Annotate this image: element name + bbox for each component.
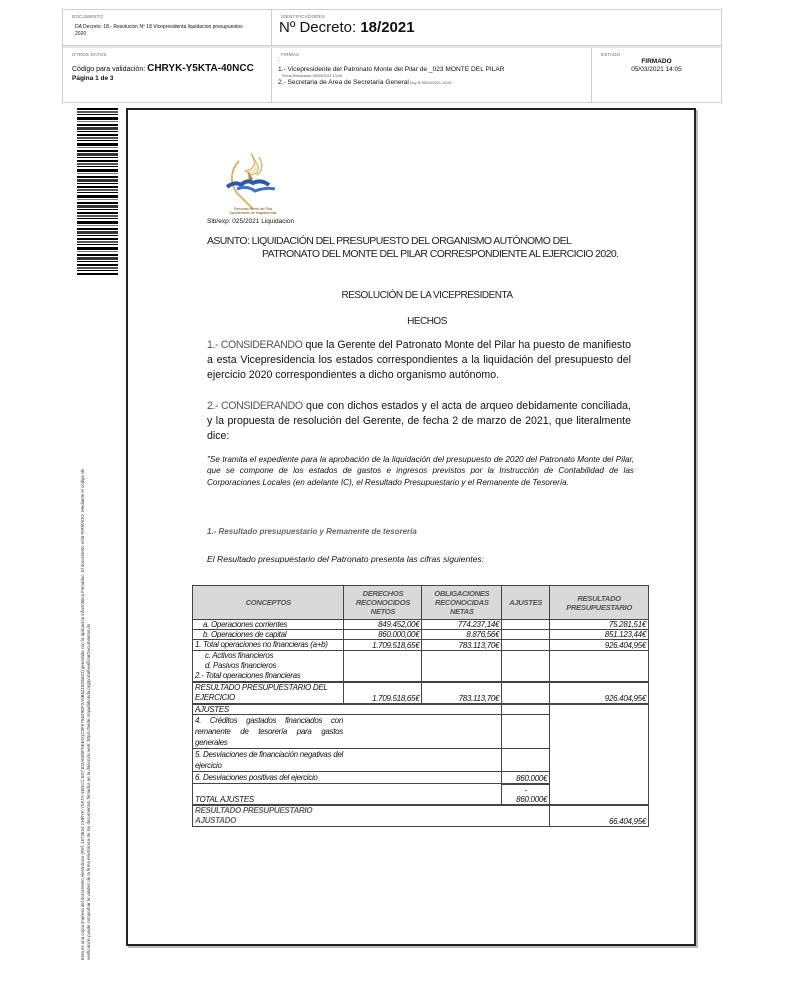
status-badge: FIRMADO [592, 58, 721, 65]
hechos-title: HECHOS [207, 316, 647, 327]
row-total1-concepto: 1. Total operaciones no financieras (a+b… [193, 640, 344, 651]
firma-1: 1.- Vicepresidente del Patronato Monte d… [278, 66, 505, 73]
firmas-label: FIRMAS [281, 52, 299, 57]
table-row: AJUSTES [193, 704, 649, 715]
paragraph-1: 1.- CONSIDERANDO que la Gerente del Patr… [207, 338, 631, 383]
row-resultado-ajustado-concepto: RESULTADO PRESUPUESTARIO AJUSTADO [195, 806, 335, 826]
page-indicator: Página 1 de 3 [72, 75, 114, 82]
table-header-row: CONCEPTOS DERECHOS RECONOCIDOS NETOS OBL… [193, 586, 649, 620]
p2-lead: 2.- CONSIDERANDO [207, 400, 303, 412]
paragraph-2: 2.- CONSIDERANDO que con dichos estados … [207, 399, 631, 444]
resultado-presupuestario-table: CONCEPTOS DERECHOS RECONOCIDOS NETOS OBL… [192, 585, 649, 827]
margin-verification-text: Esta es una copia impresa del documento … [80, 260, 91, 960]
row-4-concepto: 4. Créditos gastados financiados con rem… [195, 715, 343, 748]
row-6-concepto-cell: 6. Desviaciones positivas del ejercicio [193, 772, 502, 784]
codigo-prefix: Código para validación: [72, 66, 147, 73]
row-5-concepto: 5. Desviaciones de financiación negativa… [195, 749, 343, 771]
table-row: a. Operaciones corrientes 849.452,00€ 77… [193, 620, 649, 630]
row-d-concepto: d. Pasivos financieros [195, 661, 341, 671]
row-total1-derechos: 1.709.518,65€ [344, 640, 422, 651]
row-a-concepto: a. Operaciones corrientes [193, 620, 344, 630]
financieras-derechos [344, 651, 422, 683]
decreto-number: Nº Decreto: 18/2021 [279, 19, 415, 36]
asunto-line-2: PATRONATO DEL MONTE DEL PILAR CORRESPOND… [207, 248, 647, 261]
firma-2: 2.- Secretaria de Area de Secretaría Gen… [278, 79, 452, 86]
asunto-line-1: ASUNTO: LIQUIDACIÓN DEL PRESUPUESTO DEL … [207, 235, 571, 247]
row-5-concepto-cell: 5. Desviaciones de financiación negativa… [193, 749, 502, 772]
table-row: c. Activos financieros d. Pasivos financ… [193, 651, 649, 683]
row-4-concepto-cell: 4. Créditos gastados financiados con rem… [193, 715, 502, 749]
row-5-ajustes [502, 749, 550, 772]
firmas-cell: FIRMAS : 1.- Vicepresidente del Patronat… [272, 48, 592, 102]
total-ajustes-sign: - [504, 786, 547, 795]
decreto-value: 18/2021 [360, 19, 414, 36]
documento-cell: DOCUMENTO DA Decreto: 18.- Resolucion Nº… [63, 10, 272, 46]
documento-label: DOCUMENTO [72, 14, 103, 19]
documento-description: DA Decreto: 18.- Resolucion Nº 18 Vicepr… [75, 24, 255, 38]
header-obligaciones: OBLIGACIONES RECONOCIDAS NETAS [422, 586, 502, 620]
row-a-obligaciones: 774.237,14€ [422, 620, 502, 630]
otros-datos-label: OTROS DATOS [72, 52, 107, 57]
row-resultado-ajustado-concepto-cell: RESULTADO PRESUPUESTARIO AJUSTADO [193, 805, 550, 827]
ajustes-title-ajustes [502, 704, 550, 715]
quoted-proposal: "Se tramita el expediente para la aproba… [207, 454, 634, 488]
row-total-ajustes-value: -860.000€ [502, 784, 550, 806]
ajustes-resultado-block [550, 704, 649, 805]
row-4-ajustes [502, 715, 550, 749]
row-resultado-ejercicio-resultado: 926.404,95€ [550, 682, 649, 704]
resolucion-title: RESOLUCIÓN DE LA VICEPRESIDENTA [207, 290, 647, 301]
row-total1-ajustes [502, 640, 550, 651]
row-resultado-ajustado-resultado: 66.404,95€ [550, 805, 649, 827]
rows-financieras-concepto: c. Activos financieros d. Pasivos financ… [193, 651, 344, 683]
table-row: RESULTADO PRESUPUESTARIO DEL EJERCICIO 1… [193, 682, 649, 704]
estado-label: ESTADO [601, 52, 620, 57]
row-resultado-ejercicio-derechos: 1.709.518,65€ [344, 682, 422, 704]
row-resultado-ejercicio-obligaciones: 783.113,70€ [422, 682, 502, 704]
header-ajustes: AJUSTES [502, 586, 550, 620]
financieras-resultado [550, 651, 649, 683]
firma-1-date: Firma Resolución 05/03/2021 13:40 [282, 74, 342, 78]
row-b-resultado: 851.123,44€ [550, 630, 649, 640]
margin-line-2: verificación puede comprobar la validez … [86, 260, 92, 960]
header-resultado: RESULTADO PRESUPUESTARIO [550, 586, 649, 620]
asunto: ASUNTO: LIQUIDACIÓN DEL PRESUPUESTO DEL … [207, 235, 647, 261]
table-row: 1. Total operaciones no financieras (a+b… [193, 640, 649, 651]
header-conceptos: CONCEPTOS [193, 586, 344, 620]
row-6-concepto: 6. Desviaciones positivas del ejercicio [195, 772, 343, 783]
firmas-colon: : [278, 57, 280, 63]
validation-code: Código para validación: CHRYK-Y5KTA-40NC… [72, 63, 254, 74]
row-total1-obligaciones: 783.113,70€ [422, 640, 502, 651]
row-ajustes-title: AJUSTES [193, 704, 502, 715]
row-resultado-ejercicio-concepto: RESULTADO PRESUPUESTARIO DEL EJERCICIO [193, 682, 344, 704]
row-a-resultado: 75.281,51€ [550, 620, 649, 630]
row-c-concepto: c. Activos financieros [195, 651, 341, 661]
financieras-ajustes [502, 651, 550, 683]
estado-cell: ESTADO FIRMADO 05/03/2021 14:05 [592, 48, 721, 102]
p1-lead: 1.- CONSIDERANDO [207, 339, 302, 351]
identificadores-cell: IDENTIFICADORES Nº Decreto: 18/2021 [272, 10, 721, 46]
patronato-logo-icon [221, 149, 281, 209]
row-total-ajustes-concepto: TOTAL AJUSTES [193, 784, 502, 806]
row-b-ajustes [502, 630, 550, 640]
section-title: 1.- Resultado presupuestario y Remanente… [207, 527, 417, 536]
row-b-concepto: b. Operaciones de capital [193, 630, 344, 640]
signature-header: DOCUMENTO DA Decreto: 18.- Resolucion Nº… [62, 9, 722, 103]
logo-caption: Patronato Monte del Pilar Ayuntamiento d… [213, 207, 293, 215]
table-row: b. Operaciones de capital 860.000,00€ 8.… [193, 630, 649, 640]
row-b-derechos: 860.000,00€ [344, 630, 422, 640]
row-a-derechos: 849.452,00€ [344, 620, 422, 630]
codigo-value: CHRYK-Y5KTA-40NCC [147, 63, 254, 74]
row-total1-resultado: 926.404,95€ [550, 640, 649, 651]
otros-datos-cell: OTROS DATOS Código para validación: CHRY… [63, 48, 272, 102]
decreto-prefix: Nº Decreto: [279, 19, 360, 36]
total-ajustes-amount: 860.000€ [504, 795, 547, 804]
financieras-obligaciones [422, 651, 502, 683]
status-date: 05/03/2021 14:05 [592, 66, 721, 73]
barcode [77, 108, 118, 275]
table-intro: El Resultado presupuestario del Patronat… [207, 554, 484, 564]
header-derechos: DERECHOS RECONOCIDOS NETOS [344, 586, 422, 620]
expediente-ref: Slb/exp: 025/2021 Liquidacion [207, 218, 294, 225]
logo-line-2: Ayuntamiento de Majadahonda [213, 211, 293, 215]
row-6-ajustes: 860.000€ [502, 772, 550, 784]
firma-2-text: 2.- Secretaria de Area de Secretaría Gen… [278, 79, 409, 86]
row-resultado-ejercicio-ajustes [502, 682, 550, 704]
row-b-obligaciones: 8.876,56€ [422, 630, 502, 640]
table-row: RESULTADO PRESUPUESTARIO AJUSTADO 66.404… [193, 805, 649, 827]
row-a-ajustes [502, 620, 550, 630]
row-total2-concepto: 2.- Total operaciones financieras [195, 671, 341, 681]
firma-2-date: Doy fe 05/03/2021 14:05 [409, 81, 452, 85]
